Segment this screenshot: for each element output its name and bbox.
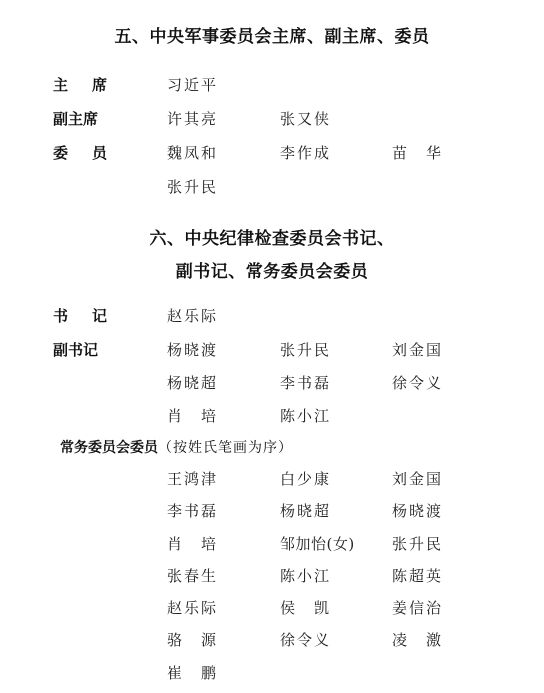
member-name: 肖 培 (167, 533, 218, 554)
member-name: 徐令义 (392, 372, 443, 393)
standing-member-row: 李书磊 杨晓超 杨晓渡 (0, 500, 544, 522)
member-name: 李作成 (280, 142, 331, 163)
ccdi-secretary-row: 书 记 赵乐际 (0, 305, 544, 327)
member-name: 张升民 (392, 533, 443, 554)
row-label: 委 员 (53, 142, 107, 163)
row-label: 主 席 (53, 74, 107, 95)
cmc-vice-chairman-row: 副主席 许其亮 张又侠 (0, 108, 544, 130)
member-name: 陈超英 (392, 565, 443, 586)
standing-member-row: 肖 培 邹加怡(女) 张升民 (0, 533, 544, 555)
section6-title-line1: 六、中央纪律检查委员会书记、 (0, 224, 544, 249)
member-name: 肖 培 (167, 405, 218, 426)
standing-member-row: 崔 鹏 (0, 662, 544, 684)
member-name: 张升民 (280, 339, 331, 360)
ccdi-deputy-row: 副书记 杨晓渡 张升民 刘金国 (0, 339, 544, 361)
subhead-note: （按姓氏笔画为序） (158, 440, 293, 456)
member-name: 魏凤和 (167, 142, 218, 163)
subhead-title: 常务委员会委员 (60, 440, 158, 456)
member-name: 赵乐际 (167, 305, 218, 326)
member-name: 许其亮 (167, 108, 218, 129)
label-char: 书 (53, 305, 68, 326)
section5-title: 五、中央军事委员会主席、副主席、委员 (0, 22, 544, 47)
member-name: 张又侠 (280, 108, 331, 129)
row-label: 副书记 (53, 339, 109, 360)
label-char: 员 (92, 142, 107, 163)
member-name: 刘金国 (392, 468, 443, 489)
standing-member-row: 骆 源 徐令义 凌 激 (0, 629, 544, 651)
member-name: 徐令义 (280, 629, 331, 650)
member-name: 张春生 (167, 565, 218, 586)
label-char: 委 (53, 142, 68, 163)
member-name: 杨晓超 (167, 372, 218, 393)
member-name: 骆 源 (167, 629, 218, 650)
standing-member-row: 张春生 陈小江 陈超英 (0, 565, 544, 587)
label-char: 主 (53, 74, 68, 95)
member-name: 习近平 (167, 74, 218, 95)
member-name: 苗 华 (392, 142, 443, 163)
ccdi-deputy-row: 肖 培 陈小江 (0, 405, 544, 427)
member-name: 凌 激 (392, 629, 443, 650)
member-name: 张升民 (167, 176, 218, 197)
member-name: 赵乐际 (167, 597, 218, 618)
cmc-chairman-row: 主 席 习近平 (0, 74, 544, 96)
label-char: 记 (92, 305, 107, 326)
cmc-member-row: 张升民 (0, 176, 544, 198)
member-name: 崔 鹏 (167, 662, 218, 683)
member-name: 刘金国 (392, 339, 443, 360)
member-name: 杨晓渡 (392, 500, 443, 521)
row-label: 书 记 (53, 305, 107, 326)
member-name: 李书磊 (280, 372, 331, 393)
standing-member-row: 赵乐际 侯 凯 姜信治 (0, 597, 544, 619)
member-name: 陈小江 (280, 565, 331, 586)
member-name: 王鸿津 (167, 468, 218, 489)
member-name: 邹加怡(女) (280, 533, 355, 554)
member-name: 陈小江 (280, 405, 331, 426)
member-name: 姜信治 (392, 597, 443, 618)
member-name: 白少康 (280, 468, 331, 489)
label-char: 席 (92, 74, 107, 95)
row-label: 副主席 (53, 108, 109, 129)
section6-title-line2: 副书记、常务委员会委员 (0, 257, 544, 282)
cmc-member-row: 委 员 魏凤和 李作成 苗 华 (0, 142, 544, 164)
member-name: 侯 凯 (280, 597, 331, 618)
member-name: 杨晓超 (280, 500, 331, 521)
ccdi-deputy-row: 杨晓超 李书磊 徐令义 (0, 372, 544, 394)
member-name: 杨晓渡 (167, 339, 218, 360)
member-name: 李书磊 (167, 500, 218, 521)
standing-committee-heading: 常务委员会委员（按姓氏笔画为序） (60, 437, 293, 457)
standing-member-row: 王鸿津 白少康 刘金国 (0, 468, 544, 490)
